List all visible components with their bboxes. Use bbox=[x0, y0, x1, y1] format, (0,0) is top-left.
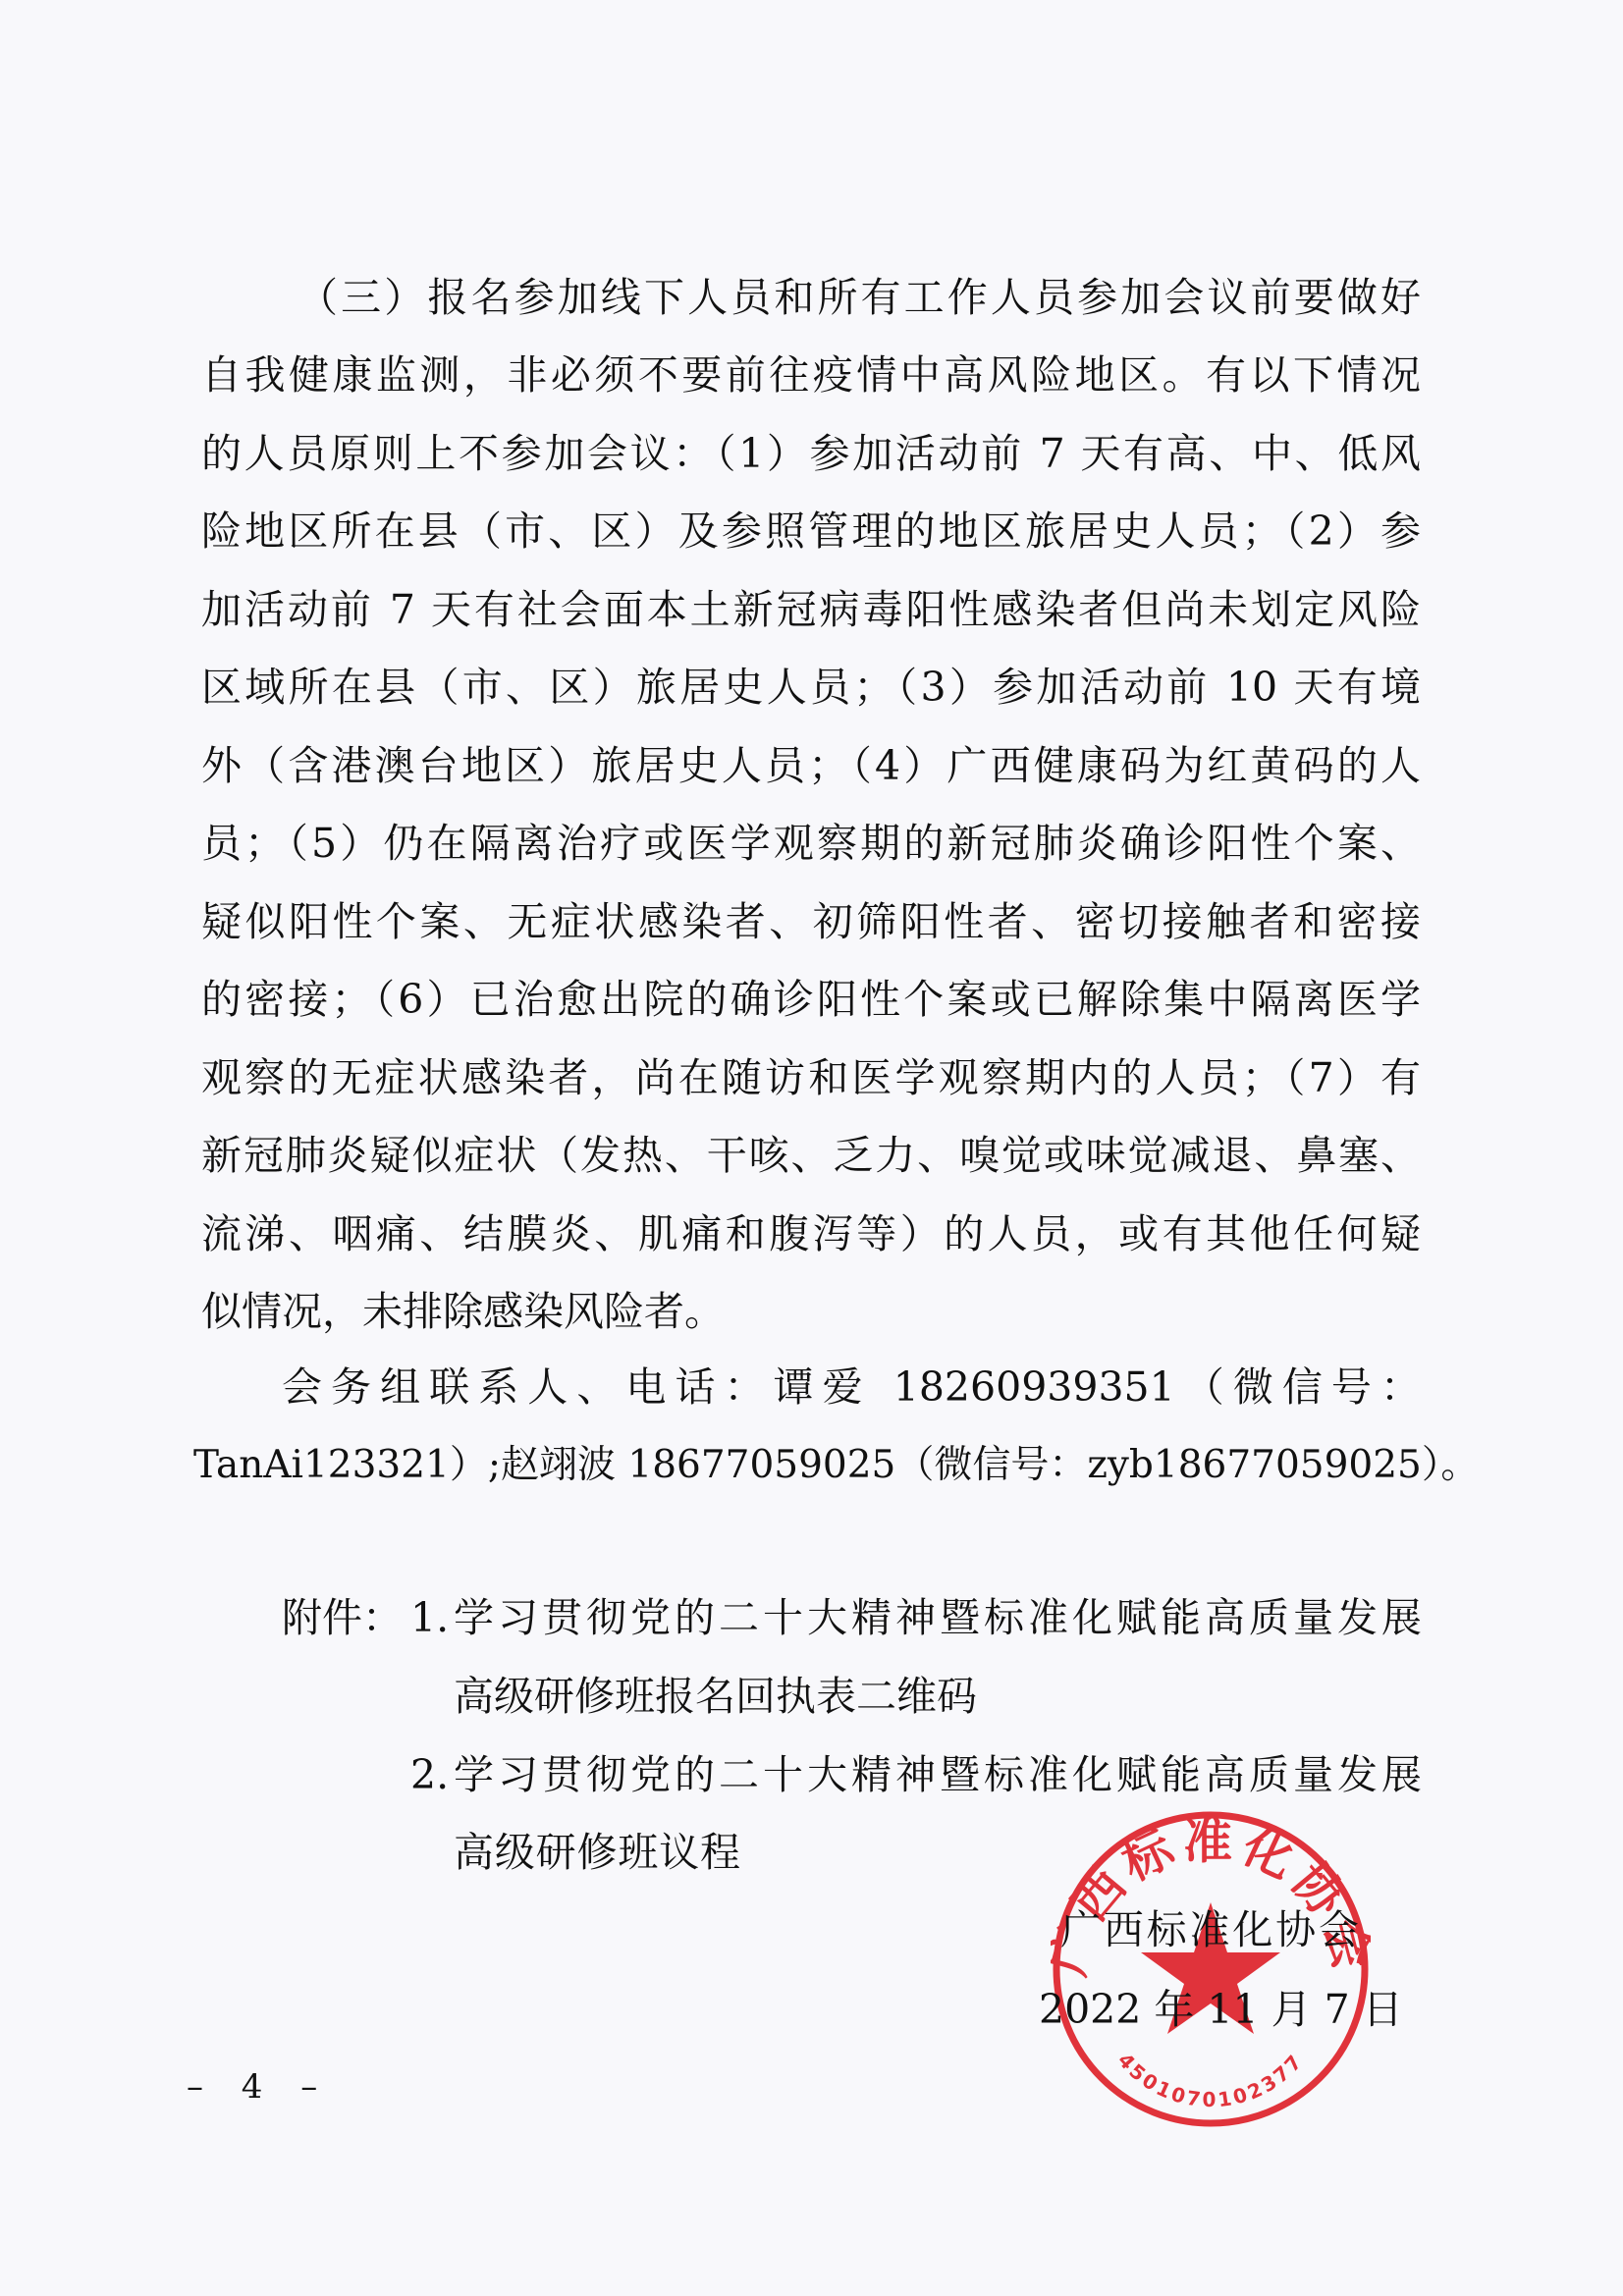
paragraph-line: 似情况，未排除感染风险者。 bbox=[201, 1290, 1421, 1333]
attachments-label: 附件： bbox=[282, 1596, 403, 1639]
attachment-number: 2. bbox=[410, 1753, 449, 1796]
paragraph-line: 区域所在县（市、区）旅居史人员；（3）参加活动前 10 天有境 bbox=[201, 666, 1421, 709]
attachment-number: 1. bbox=[410, 1596, 449, 1639]
page-number: – 4 – bbox=[187, 2067, 331, 2107]
paragraph-line: 的密接；（6）已治愈出院的确诊阳性个案或已解除集中隔离医学 bbox=[201, 978, 1421, 1021]
attachment-title: 学习贯彻党的二十大精神暨标准化赋能高质量发展 bbox=[454, 1753, 1422, 1796]
paragraph-line: 流涕、咽痛、结膜炎、肌痛和腹泻等）的人员，或有其他任何疑 bbox=[201, 1212, 1421, 1255]
paragraph-line: 新冠肺炎疑似症状（发热、干咳、乏力、嗅觉或味觉减退、鼻塞、 bbox=[201, 1134, 1421, 1177]
paragraph-line: （三）报名参加线下人员和所有工作人员参加会议前要做好 bbox=[298, 276, 1421, 319]
signature-date: 2022 年 11 月 7 日 bbox=[1039, 1988, 1361, 2031]
paragraph-line: 加活动前 7 天有社会面本土新冠病毒阳性感染者但尚未划定风险 bbox=[201, 588, 1421, 631]
svg-text:4501070102377: 4501070102377 bbox=[1113, 2049, 1309, 2111]
paragraph-line: 员；（5）仍在隔离治疗或医学观察期的新冠肺炎确诊阳性个案、 bbox=[201, 822, 1421, 865]
paragraph-line: 的人员原则上不参加会议：（1）参加活动前 7 天有高、中、低风 bbox=[201, 432, 1421, 475]
paragraph-line: 险地区所在县（市、区）及参照管理的地区旅居史人员；（2）参 bbox=[201, 509, 1421, 553]
contact-line: 会务组联系人、电话：谭爱 18260939351（微信号： bbox=[282, 1365, 1421, 1409]
attachment-title-continued: 高级研修班议程 bbox=[454, 1831, 740, 1874]
paragraph-line: 观察的无症状感染者，尚在随访和医学观察期内的人员；（7）有 bbox=[201, 1056, 1421, 1099]
paragraph-line: 自我健康监测，非必须不要前往疫情中高风险地区。有以下情况 bbox=[201, 353, 1421, 397]
attachment-title: 学习贯彻党的二十大精神暨标准化赋能高质量发展 bbox=[454, 1596, 1422, 1639]
contact-line: TanAi123321）;赵翊波 18677059025（微信号：zyb1867… bbox=[193, 1444, 1429, 1487]
document-page: （三）报名参加线下人员和所有工作人员参加会议前要做好 自我健康监测，非必须不要前… bbox=[0, 0, 1623, 2296]
paragraph-line: 外（含港澳台地区）旅居史人员；（4）广西健康码为红黄码的人 bbox=[201, 744, 1421, 787]
signature-organization: 广西标准化协会 bbox=[1060, 1908, 1359, 1951]
official-seal-icon: 广西标准化协会 4501070102377 bbox=[1051, 1809, 1371, 2129]
paragraph-line: 疑似阳性个案、无症状感染者、初筛阳性者、密切接触者和密接 bbox=[201, 900, 1421, 943]
attachment-title-continued: 高级研修班报名回执表二维码 bbox=[454, 1675, 905, 1718]
